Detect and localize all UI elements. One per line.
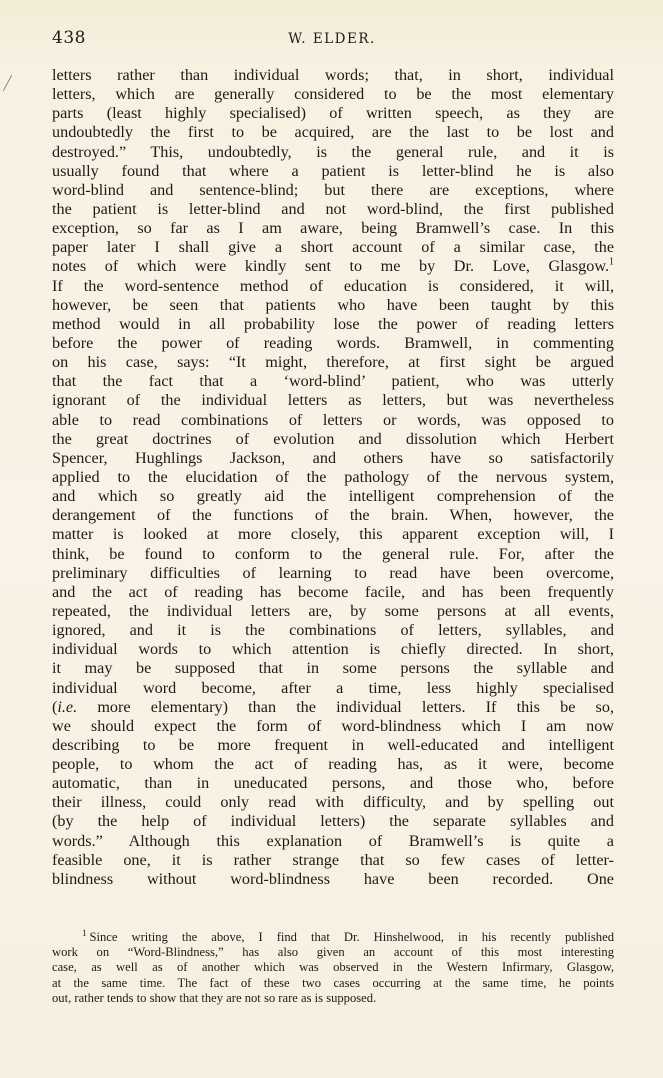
text-line: able to read combinations of letters or … <box>52 411 614 430</box>
italic-ie: i.e. <box>57 698 77 716</box>
text-line: usually found that where a patient is le… <box>52 162 614 181</box>
text-line: before the power of reading words. Bramw… <box>52 334 614 353</box>
footnote-line: case, as well as of another which was ob… <box>52 960 614 975</box>
text-line: people, to whom the act of reading has, … <box>52 755 614 774</box>
text-line: on his case, says: “It might, therefore,… <box>52 353 614 372</box>
footnote-line-content: Since writing the above, I find that Dr.… <box>90 930 615 944</box>
text-line: individual word become, after a time, le… <box>52 679 614 698</box>
text-line: and which so greatly aid the intelligent… <box>52 487 614 506</box>
text-line: (by the help of individual letters) the … <box>52 812 614 831</box>
text-line: applied to the elucidation of the pathol… <box>52 468 614 487</box>
text-line: blindness without word-blindness have be… <box>52 870 614 889</box>
text-line: derangement of the functions of the brai… <box>52 506 614 525</box>
text-line: word-blind and sentence-blind; but there… <box>52 181 614 200</box>
text-line-content: notes of which were kindly sent to me by… <box>52 257 609 275</box>
text-line: undoubtedly the first to be acquired, ar… <box>52 123 614 142</box>
text-line: words.” Although this explanation of Bra… <box>52 832 614 851</box>
text-line-with-footnote-ref: notes of which were kindly sent to me by… <box>52 257 614 276</box>
text-line-content: more elementary) than the individual let… <box>77 698 614 716</box>
text-line: however, be seen that patients who have … <box>52 296 614 315</box>
text-line-with-italic: (i.e. more elementary) than the individu… <box>52 698 614 717</box>
text-line: ignored, and it is the combinations of l… <box>52 621 614 640</box>
footnote-line: out, rather tends to show that they are … <box>52 991 614 1006</box>
text-line: If the word-sentence method of education… <box>52 277 614 296</box>
text-line: their illness, could only read with diff… <box>52 793 614 812</box>
text-line: ignorant of the individual letters as le… <box>52 391 614 410</box>
text-line: and the act of reading has become facile… <box>52 583 614 602</box>
footnote-marker: 1 <box>82 928 87 938</box>
text-line: letters, which are generally considered … <box>52 85 614 104</box>
book-page: 438 W. ELDER. letters rather than indivi… <box>0 0 663 1078</box>
text-line: exception, so far as I am aware, being B… <box>52 219 614 238</box>
body-text: letters rather than individual words; th… <box>52 66 614 889</box>
text-line: repeated, the individual letters are, by… <box>52 602 614 621</box>
text-line: letters rather than individual words; th… <box>52 66 614 85</box>
text-line: method would in all probability lose the… <box>52 315 614 334</box>
text-line: matter is looked at more closely, this a… <box>52 525 614 544</box>
text-line: Spencer, Hughlings Jackson, and others h… <box>52 449 614 468</box>
text-line: preliminary difficulties of learning to … <box>52 564 614 583</box>
text-line: individual words to which attention is c… <box>52 640 614 659</box>
text-line: automatic, than in uneducated persons, a… <box>52 774 614 793</box>
text-line: we should expect the form of word-blindn… <box>52 717 614 736</box>
text-line: destroyed.” This, undoubtedly, is the ge… <box>52 143 614 162</box>
footnote-line: 1Since writing the above, I find that Dr… <box>52 930 614 945</box>
text-line: that the fact that a ‘word-blind’ patien… <box>52 372 614 391</box>
text-line: parts (least highly specialised) of writ… <box>52 104 614 123</box>
margin-pencil-mark <box>3 75 12 91</box>
text-line: paper later I shall give a short account… <box>52 238 614 257</box>
text-line: the great doctrines of evolution and dis… <box>52 430 614 449</box>
footnote-line: at the same time. The fact of these two … <box>52 976 614 991</box>
text-line: feasible one, it is rather strange that … <box>52 851 614 870</box>
footnote: 1Since writing the above, I find that Dr… <box>52 930 614 1006</box>
footnote-reference[interactable]: 1 <box>609 257 614 268</box>
page-header: 438 W. ELDER. <box>52 28 612 52</box>
text-line: describing to be more frequent in well-e… <box>52 736 614 755</box>
running-head: W. ELDER. <box>52 31 612 47</box>
text-line: think, be found to conform to the genera… <box>52 545 614 564</box>
text-line: the patient is letter-blind and not word… <box>52 200 614 219</box>
footnote-line: work on “Word-Blindness,” has also given… <box>52 945 614 960</box>
text-line: it may be supposed that in some persons … <box>52 659 614 678</box>
